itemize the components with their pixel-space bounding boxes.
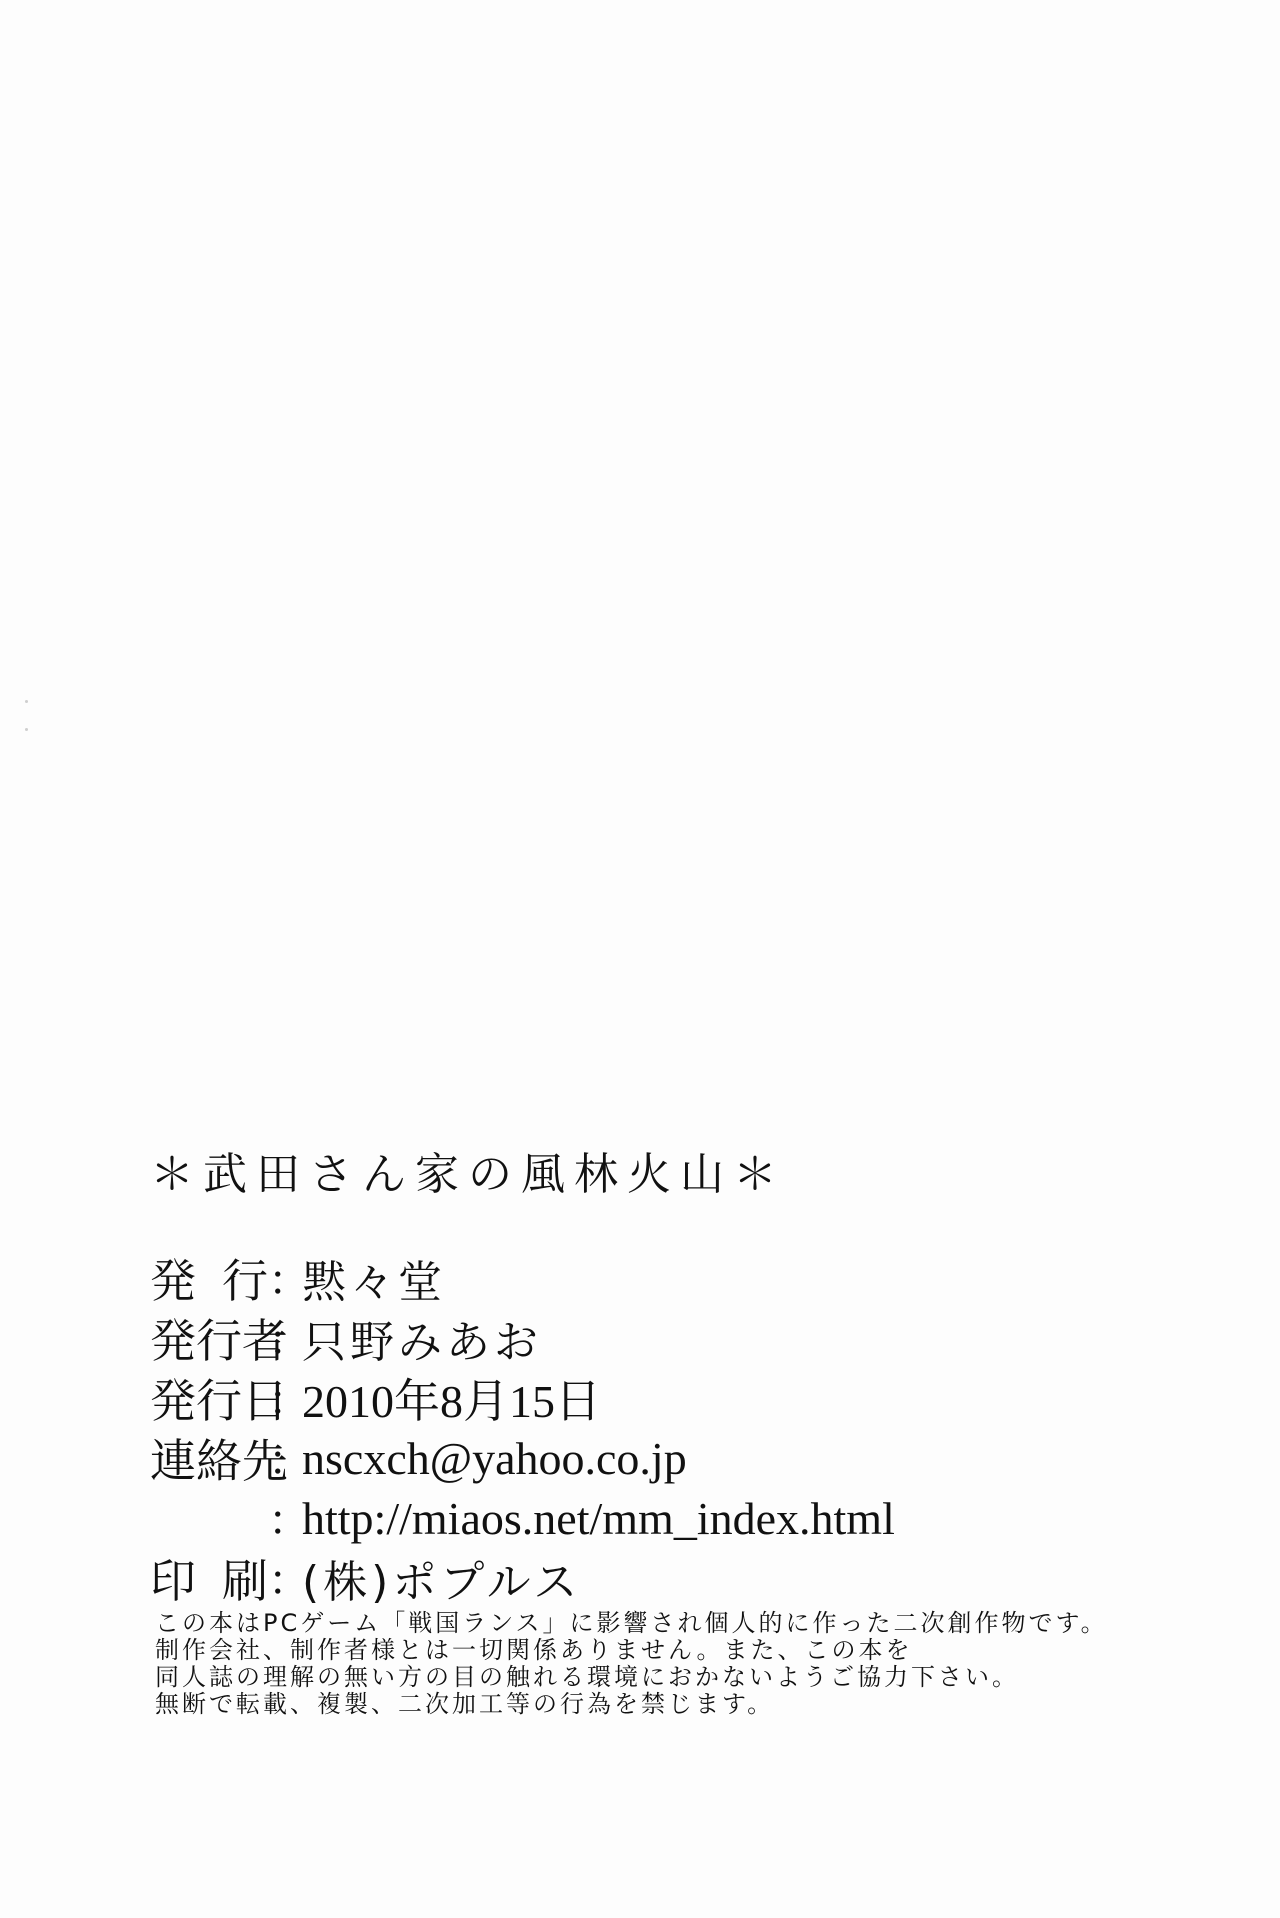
notice-line: この本はPCゲーム「戦国ランス」に影響され個人的に作った二次創作物です。 [155, 1610, 1108, 1637]
colophon-row-website: ： http://miaos.net/mm_index.html [150, 1488, 895, 1548]
colon-separator: ： [268, 1248, 302, 1308]
book-title: ＊武田さん家の風林火山＊ [150, 1138, 786, 1202]
disclaimer-notice: この本はPCゲーム「戦国ランス」に影響され個人的に作った二次創作物です。 制作会… [155, 1610, 1108, 1718]
publisher-value: 黙々堂 [302, 1246, 446, 1310]
colophon-label: 連 絡 先 [150, 1425, 268, 1491]
scanned-page: ＊武田さん家の風林火山＊ 発 行 ： 黙々堂 発 行 者 ： 只野みあお 発 行… [0, 0, 1280, 1918]
date-value: 2010年8月15日 [302, 1365, 601, 1431]
colophon-row-contact: 連 絡 先 ： nscxch@yahoo.co.jp [150, 1428, 895, 1488]
scan-speck [25, 700, 28, 703]
website-url: http://miaos.net/mm_index.html [302, 1492, 895, 1545]
colophon: 発 行 ： 黙々堂 発 行 者 ： 只野みあお 発 行 日 ： 2010年8月1… [150, 1248, 895, 1608]
printer-value: (株)ポプルス [302, 1546, 581, 1610]
email-value: nscxch@yahoo.co.jp [302, 1432, 687, 1485]
notice-line: 制作会社、制作者様とは一切関係ありません。また、この本を [155, 1637, 1108, 1664]
notice-line: 無断で転載、複製、二次加工等の行為を禁じます。 [155, 1691, 1108, 1718]
colophon-label: 発 行 日 [150, 1365, 268, 1431]
colophon-label: 印 刷 [150, 1545, 268, 1611]
colophon-row-date: 発 行 日 ： 2010年8月15日 [150, 1368, 895, 1428]
colon-separator: ： [268, 1428, 302, 1488]
issuer-value: 只野みあお [302, 1306, 542, 1370]
scan-speck [25, 728, 28, 731]
colon-separator: ： [268, 1488, 302, 1548]
colophon-row-publisher: 発 行 ： 黙々堂 [150, 1248, 895, 1308]
colon-separator: ： [268, 1308, 302, 1368]
colophon-row-issuer: 発 行 者 ： 只野みあお [150, 1308, 895, 1368]
colon-separator: ： [268, 1368, 302, 1428]
colon-separator: ： [268, 1548, 302, 1608]
notice-line: 同人誌の理解の無い方の目の触れる環境におかないようご協力下さい。 [155, 1664, 1108, 1691]
colophon-label: 発 行 者 [150, 1305, 268, 1371]
colophon-label: 発 行 [150, 1245, 268, 1311]
colophon-row-printer: 印 刷 ： (株)ポプルス [150, 1548, 895, 1608]
